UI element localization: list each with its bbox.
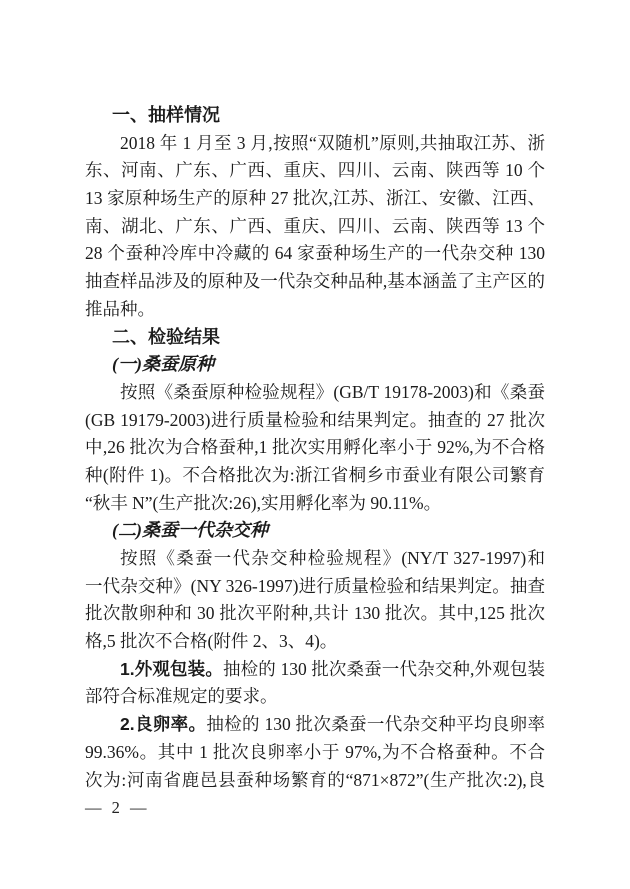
page-number: — 2 — xyxy=(85,798,150,818)
paragraph-line: 中,26 批次为合格蚕种,1 批次实用孵化率小于 92%,为不合格蚕 xyxy=(85,434,545,462)
paragraph-line: “秋丰 N”(生产批次:26),实用孵化率为 90.11%。 xyxy=(85,490,545,518)
paragraph-line: 部符合标准规定的要求。 xyxy=(85,683,545,711)
paragraph-line: 南、湖北、广东、广西、重庆、四川、云南、陕西等 13 个省(区、市)的 xyxy=(85,213,545,241)
paragraph-line: 13 家原种场生产的原种 27 批次,江苏、浙江、安徽、江西、山东、河 xyxy=(85,185,545,213)
paragraph-line: 种(附件 1)。不合格批次为:浙江省桐乡市蚕业有限公司繁育的 xyxy=(85,462,545,490)
paragraph-line: 按照《桑蚕原种检验规程》(GB/T 19178-2003)和《桑蚕原种》 xyxy=(85,379,545,407)
paragraph-line: 东、河南、广东、广西、重庆、四川、云南、陕西等 10 个省(区、市)的 xyxy=(85,157,545,185)
paragraph-line: 格,5 批次不合格(附件 2、3、4)。 xyxy=(85,628,545,656)
paragraph-line: (GB 19179-2003)进行质量检验和结果判定。抽查的 27 批次原种 xyxy=(85,407,545,435)
paragraph-line: 抽查样品涉及的原种及一代杂交种品种,基本涵盖了主产区的主 xyxy=(85,268,545,296)
run-in-heading-appearance-packaging: 1.外观包装。 xyxy=(120,659,223,679)
paragraph-line: 一代杂交种》(NY 326-1997)进行质量检验和结果判定。抽查 100 xyxy=(85,573,545,601)
paragraph-line: 按照《桑蚕一代杂交种检验规程》(NY/T 327-1997)和《桑蚕 xyxy=(85,545,545,573)
heading-section-1-sampling: 一、抽样情况 xyxy=(85,102,545,130)
paragraph-line-good-egg-rate: 2.良卵率。抽检的 130 批次桑蚕一代杂交种平均良卵率为 xyxy=(85,711,545,739)
paragraph-line: 批次散卵种和 30 批次平附种,共计 130 批次。其中,125 批次合 xyxy=(85,600,545,628)
paragraph-line: 推品种。 xyxy=(85,296,545,324)
subheading-f1-hybrid-seed: (二)桑蚕一代杂交种 xyxy=(85,517,545,545)
paragraph-line: 次为:河南省鹿邑县蚕种场繁育的“871×872”(生产批次:2),良卵 xyxy=(85,767,545,795)
subheading-original-silkworm-seed: (一)桑蚕原种 xyxy=(85,351,545,379)
heading-section-2-results: 二、检验结果 xyxy=(85,324,545,352)
paragraph-line: 2018 年 1 月至 3 月,按照“双随机”原则,共抽取江苏、浙江、山 xyxy=(85,130,545,158)
document-page-body: 一、抽样情况 2018 年 1 月至 3 月,按照“双随机”原则,共抽取江苏、浙… xyxy=(85,102,545,794)
paragraph-line: 99.36%。其中 1 批次良卵率小于 97%,为不合格蚕种。不合格批 xyxy=(85,739,545,767)
paragraph-line-appearance-packaging: 1.外观包装。抽检的 130 批次桑蚕一代杂交种,外观包装全 xyxy=(85,656,545,684)
paragraph-line: 28 个蚕种冷库中冷藏的 64 家蚕种场生产的一代杂交种 130 批次。 xyxy=(85,240,545,268)
run-in-heading-good-egg-rate: 2.良卵率。 xyxy=(120,714,206,734)
